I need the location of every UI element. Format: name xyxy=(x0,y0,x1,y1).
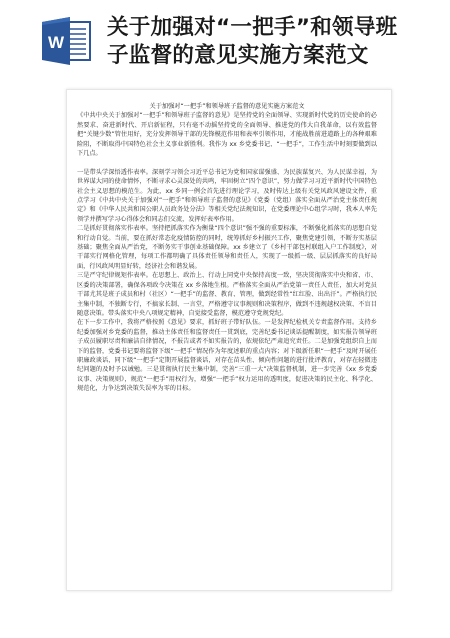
document-header: W 关于加强对“一把手”和领导班子监督的意见实施方案范文 xyxy=(0,0,450,80)
paragraph-study: 一是带头学深悟透作表率。深刻学习领会习近平总书记为党和国家谋强盛、为民族谋复兴、… xyxy=(77,168,377,224)
svg-text:W: W xyxy=(48,33,65,52)
document-page-preview: 关于加强对“一把手”和领导班子监督的意见实施方案范文 《中共中央关于加强对“一把… xyxy=(66,89,392,591)
word-doc-icon: W xyxy=(42,17,92,65)
paragraph-next-steps: 在下一步工作中，我将严格按照《意见》要求，抓好班子带好队伍。一是发挥纪检机关专责… xyxy=(77,318,377,393)
page-heading: 关于加强对“一把手”和领导班子监督的意见实施方案范文 xyxy=(77,102,377,111)
page-content: 关于加强对“一把手”和领导班子监督的意见实施方案范文 《中共中央关于加强对“一把… xyxy=(77,102,377,394)
paragraph-discipline: 三是严守纪律规矩作表率。在思想上、政治上、行动上同党中央保持高度一致，坚决贯彻落… xyxy=(77,271,377,318)
document-title: 关于加强对“一把手”和领导班子监督的意见实施方案范文 xyxy=(107,14,417,70)
paragraph-implement: 二是抓好贯彻落实作表率。坚持把抓落实作为衡量“四个意识”强不强的重要标准，不断强… xyxy=(77,224,377,271)
paragraph-intro: 《中共中央关于加强对“一把手”和领导班子监督的意见》是坚持党的全面领导、实现新时… xyxy=(77,111,377,158)
